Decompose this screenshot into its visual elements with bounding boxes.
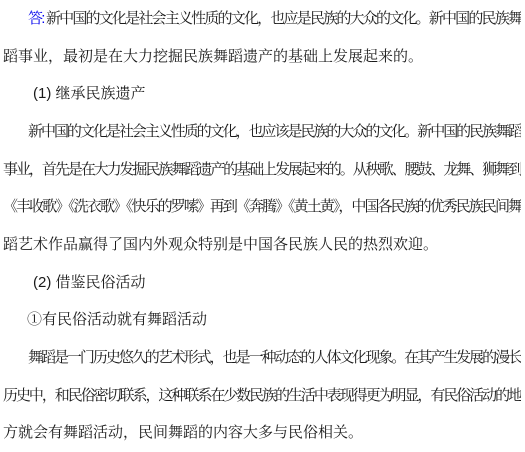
text-line-1-body: 新中国的文化是社会主义性质的文化，也应是民族的大众的文化。新中国的民族舞 bbox=[44, 10, 521, 27]
text-line-10: 舞蹈是一门历史悠久的艺术形式，也是一种动态的人体文化现象。在其产生发展的漫长 bbox=[3, 339, 521, 377]
text-line-4: 新中国的文化是社会主义性质的文化，也应该是民族的大众的文化。新中国的民族舞蹈 bbox=[3, 113, 521, 151]
text-line-5: 事业，首先是在大力发掘民族舞蹈遗产的基础上发展起来的。从秧歌、腰鼓、龙舞、狮舞到 bbox=[3, 151, 521, 189]
subheading-circled-1: ①有民俗活动就有舞蹈活动 bbox=[3, 301, 521, 339]
text-line-1: 答: 新中国的文化是社会主义性质的文化，也应是民族的大众的文化。新中国的民族舞 bbox=[3, 0, 521, 38]
text-line-12: 方就会有舞蹈活动，民间舞蹈的内容大多与民俗相关。 bbox=[3, 414, 521, 452]
heading-2-borrow-folk-activities: (2) 借鉴民俗活动 bbox=[3, 264, 521, 302]
heading-1-inherit-national-heritage: (1) 继承民族遗产 bbox=[3, 75, 521, 113]
document-page: 答: 新中国的文化是社会主义性质的文化，也应是民族的大众的文化。新中国的民族舞 … bbox=[0, 0, 525, 452]
text-line-7: 蹈艺术作品赢得了国内外观众特别是中国各民族人民的热烈欢迎。 bbox=[3, 226, 521, 264]
text-line-11: 历史中，和民俗密切联系，这种联系在少数民族的生活中表现得更为明显，有民俗活动的地 bbox=[3, 377, 521, 415]
text-line-6: 《丰收歌》《洗衣歌》《快乐的罗嗦》再到《奔腾》《黄土黄》，中国各民族的优秀民族民… bbox=[3, 188, 521, 226]
text-line-2: 蹈事业，最初是在大力挖掘民族舞蹈遗产的基础上发展起来的。 bbox=[3, 38, 521, 76]
answer-label: 答: bbox=[28, 10, 44, 27]
